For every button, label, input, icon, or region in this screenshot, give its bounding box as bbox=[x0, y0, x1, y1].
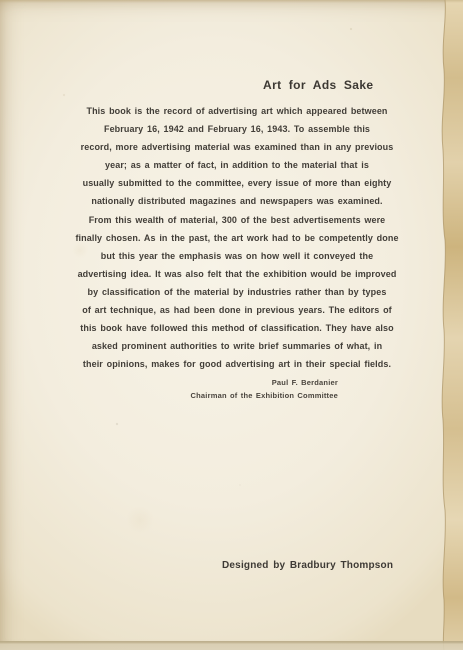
paragraph-line: record, more advertising material was ex… bbox=[55, 138, 419, 156]
foreword-paragraph: This book is the record of advertising a… bbox=[55, 102, 419, 373]
paragraph-line: From this wealth of material, 300 of the… bbox=[55, 211, 419, 229]
paragraph-line: but this year the emphasis was on how we… bbox=[55, 247, 419, 265]
paragraph-line: advertising idea. It was also felt that … bbox=[55, 265, 419, 283]
page-bottom-edge bbox=[0, 641, 463, 650]
paragraph-line: their opinions, makes for good advertisi… bbox=[55, 355, 419, 373]
deckle-paper-edge bbox=[433, 0, 463, 650]
designer-credit: Designed by Bradbury Thompson bbox=[222, 560, 393, 571]
scanned-book-page: Art for Ads Sake This book is the record… bbox=[0, 0, 463, 650]
paragraph-line: year; as a matter of fact, in addition t… bbox=[55, 156, 419, 174]
paragraph-line: usually submitted to the committee, ever… bbox=[55, 174, 419, 192]
paragraph-line: asked prominent authorities to write bri… bbox=[55, 337, 419, 355]
deckle-torn-edge bbox=[442, 0, 463, 650]
paragraph-line: by classification of the material by ind… bbox=[55, 283, 419, 301]
paragraph-line: of art technique, as had been done in pr… bbox=[55, 301, 419, 319]
paragraph-line: February 16, 1942 and February 16, 1943.… bbox=[55, 120, 419, 138]
paragraph-line: This book is the record of advertising a… bbox=[55, 102, 419, 120]
page-top-edge-shadow bbox=[0, 0, 463, 3]
signature-block: Paul F. Berdanier Chairman of the Exhibi… bbox=[0, 376, 338, 402]
paragraph-line: finally chosen. As in the past, the art … bbox=[55, 229, 419, 247]
page-title: Art for Ads Sake bbox=[263, 78, 373, 92]
paper-surface: Art for Ads Sake This book is the record… bbox=[0, 0, 463, 650]
paragraph-line: this book have followed this method of c… bbox=[55, 319, 419, 337]
signature-name: Paul F. Berdanier bbox=[0, 376, 338, 389]
paragraph-line: nationally distributed magazines and new… bbox=[55, 192, 419, 210]
signature-role: Chairman of the Exhibition Committee bbox=[0, 389, 338, 402]
